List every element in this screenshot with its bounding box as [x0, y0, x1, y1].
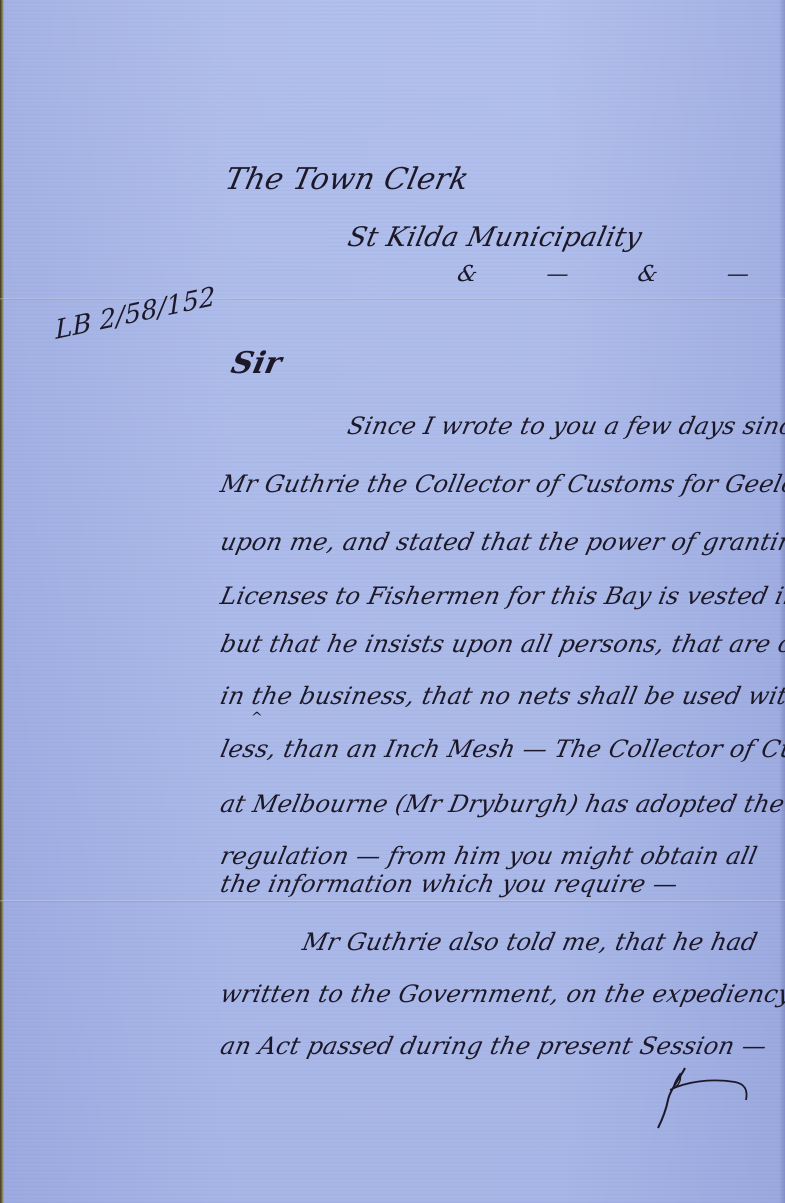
address-flourishes: & — & — & — [455, 262, 785, 287]
body-line: Licenses to Fishermen for this Bay is ve… [218, 582, 785, 610]
body-line: Mr Guthrie the Collector of Customs for … [218, 470, 785, 498]
body-line: in the business, that no nets shall be u… [218, 682, 785, 710]
body-line: an Act passed during the present Session… [218, 1032, 769, 1060]
addressee: The Town Clerk [222, 162, 472, 197]
margin-reference-number: LB 2/58/152 [55, 282, 216, 346]
body-line: the information which you require — [218, 870, 681, 898]
page-turn-flourish-icon [640, 1060, 760, 1130]
body-line: written to the Government, on the expedi… [218, 980, 785, 1008]
body-line: but that he insists upon all persons, th… [218, 630, 785, 658]
salutation: Sir [228, 346, 285, 381]
body-line: Since I wrote to you a few days since, [345, 412, 785, 440]
letter-page: The Town Clerk St Kilda Municipality & —… [0, 0, 785, 1203]
insertion-caret: ^ [251, 710, 263, 726]
page-left-edge [0, 0, 4, 1203]
body-line: upon me, and stated that the power of gr… [218, 528, 785, 556]
organization: St Kilda Municipality [345, 222, 645, 253]
body-line: regulation — from him you might obtain a… [218, 842, 760, 870]
body-line: Mr Guthrie also told me, that he had [300, 928, 760, 956]
fold-line-top [0, 298, 785, 300]
fold-line-bottom [0, 900, 785, 902]
body-line: at Melbourne (Mr Dryburgh) has adopted t… [218, 790, 785, 818]
body-line: less, than an Inch Mesh — The Collector … [218, 735, 785, 763]
